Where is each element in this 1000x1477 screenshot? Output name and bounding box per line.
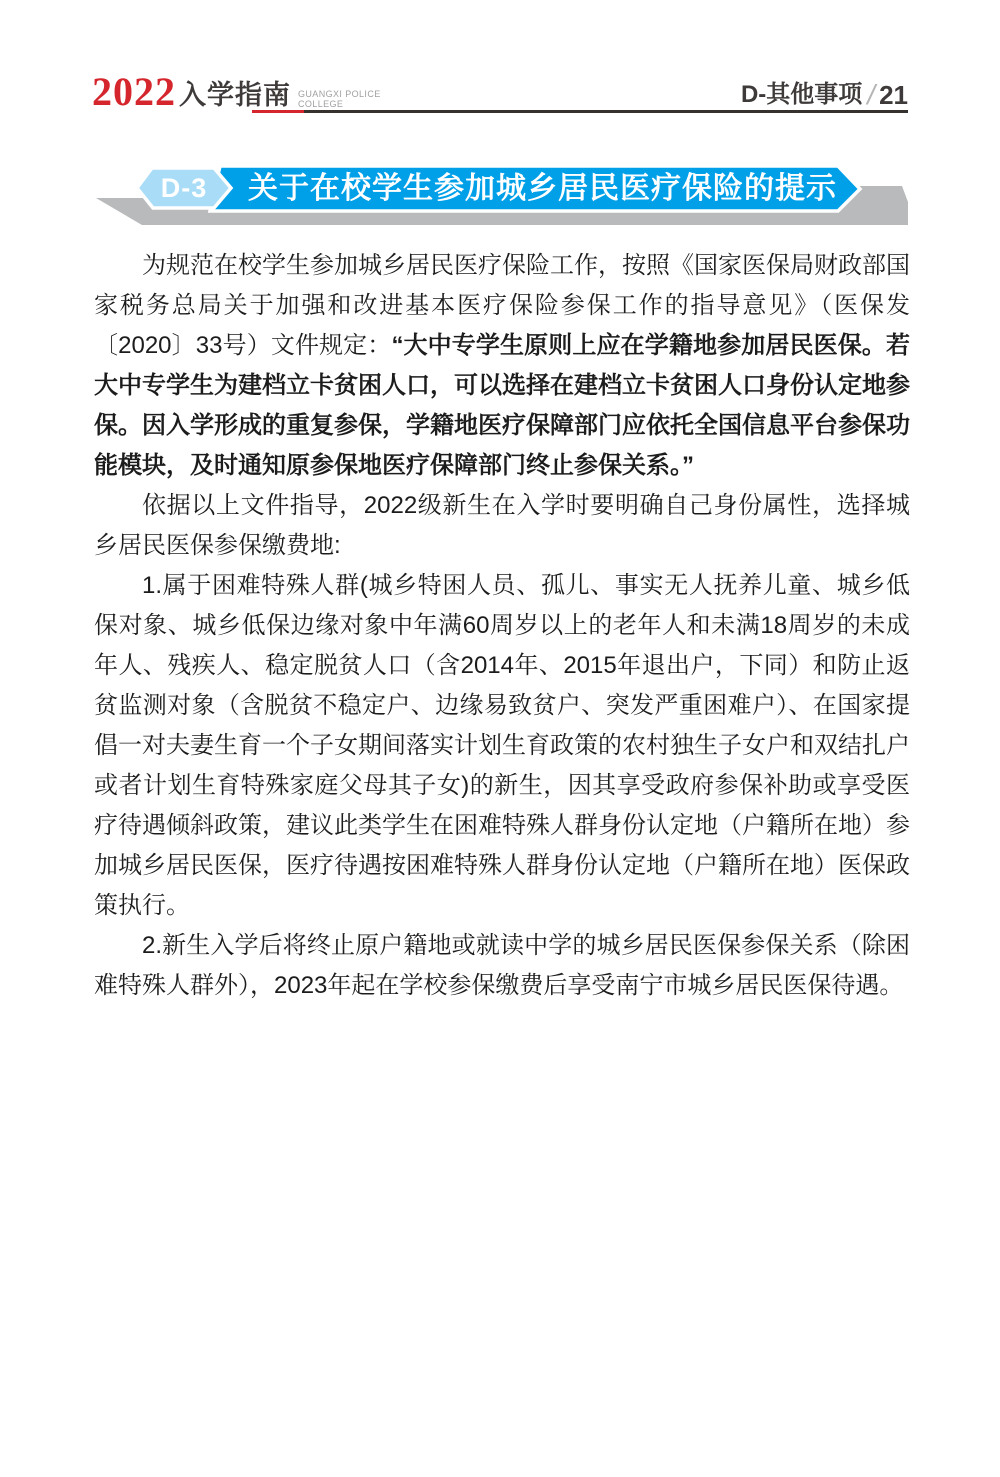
paragraph-item-2: 2.新生入学后将终止原户籍地或就读中学的城乡居民医保参保关系（除困难特殊人群外）… xyxy=(94,926,910,1006)
document-body: 为规范在校学生参加城乡居民医疗保险工作，按照《国家医保局财政部国家税务总局关于加… xyxy=(94,246,910,1006)
section-title: 关于在校学生参加城乡居民医疗保险的提示 xyxy=(240,166,845,211)
header-logo-subtitle-line2: COLLEGE xyxy=(298,99,343,109)
section-banner: D-3 关于在校学生参加城乡居民医疗保险的提示 xyxy=(90,156,910,231)
header-logo-subtitle: GUANGXI POLICE COLLEGE xyxy=(298,89,381,110)
header-rule-dark-segment xyxy=(304,110,908,113)
header-rule-red-segment xyxy=(252,110,304,113)
paragraph-guidance: 依据以上文件指导，2022级新生在入学时要明确自己身份属性，选择城乡居民医保参保… xyxy=(94,486,910,566)
header-section-label: D-其他事项 xyxy=(741,82,862,108)
header-logo-subtitle-line1: GUANGXI POLICE xyxy=(298,89,381,99)
paragraph-intro: 为规范在校学生参加城乡居民医疗保险工作，按照《国家医保局财政部国家税务总局关于加… xyxy=(94,246,910,486)
paragraph-item-1: 1.属于困难特殊人群(城乡特困人员、孤儿、事实无人抚养儿童、城乡低保对象、城乡低… xyxy=(94,566,910,926)
header-separator: / xyxy=(867,82,875,108)
section-tag: D-3 xyxy=(137,168,231,208)
header-brand-title: 入学指南 xyxy=(179,80,291,110)
header-brand-block: 2022 入学指南 GUANGXI POLICE COLLEGE xyxy=(92,74,381,110)
header-page-indicator: D-其他事项 / 21 xyxy=(741,82,908,108)
header-page-number: 21 xyxy=(879,82,908,108)
header-year: 2022 xyxy=(92,74,176,110)
